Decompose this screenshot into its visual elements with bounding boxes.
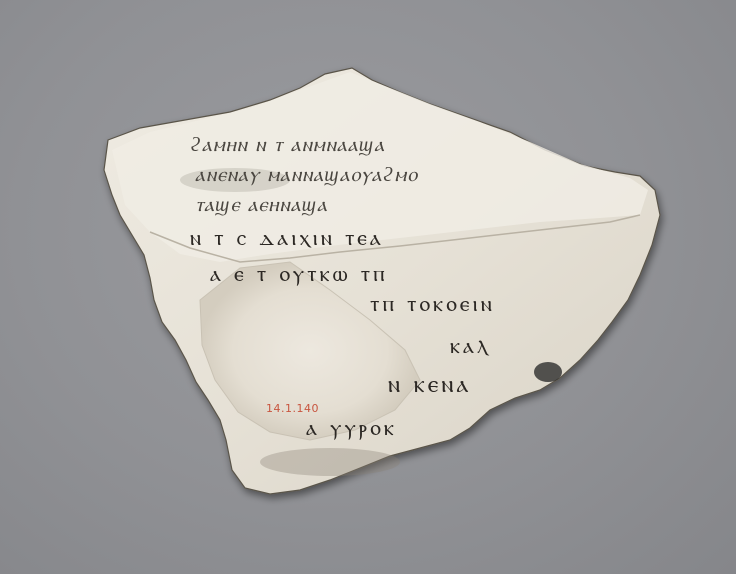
- ink-blot: [534, 362, 562, 382]
- inscription-line-8: ⲛ ⲕⲉⲛⲁ: [388, 370, 472, 398]
- inscription-line-4: ⲛ ⲧ ⲥ ⲇⲁⲓⲭⲓⲛ ⲧⲉⲁ: [190, 226, 384, 251]
- inscription-line-3: ⲧⲁϣⲉ ⲁⲉⲏⲛⲁϣⲁ: [195, 192, 328, 217]
- inscription-line-5: ⲁ ⲉ ⲧ ⲟⲩⲧⲕⲱ ⲧⲡ: [210, 262, 388, 287]
- inscription-line-7: ⲕⲁⲗ: [450, 334, 490, 359]
- photo-stage: ϩⲁⲙⲏⲛ ⲛ ⲧ ⲁⲛⲙⲛⲁⲁϣⲁ ⲁⲛⲉⲛⲁⲩ ⲙⲁⲛⲛⲁϣⲁⲟⲩⲁϩⲙⲟ …: [0, 0, 736, 574]
- inscription-line-2: ⲁⲛⲉⲛⲁⲩ ⲙⲁⲛⲛⲁϣⲁⲟⲩⲁϩⲙⲟ: [195, 162, 418, 187]
- inscription-line-1: ϩⲁⲙⲏⲛ ⲛ ⲧ ⲁⲛⲙⲛⲁⲁϣⲁ: [190, 132, 385, 157]
- inscription-line-9: ⲁ ⲩⲩⲣⲟⲕ: [306, 416, 397, 441]
- ostracon-fragment: [0, 0, 736, 574]
- inventory-number-label: 14.1.140: [266, 402, 319, 415]
- ink-smudge: [260, 448, 400, 476]
- inscription-line-6: ⲧⲡ ⲧⲟⲕⲟⲉⲓⲛ: [370, 292, 495, 317]
